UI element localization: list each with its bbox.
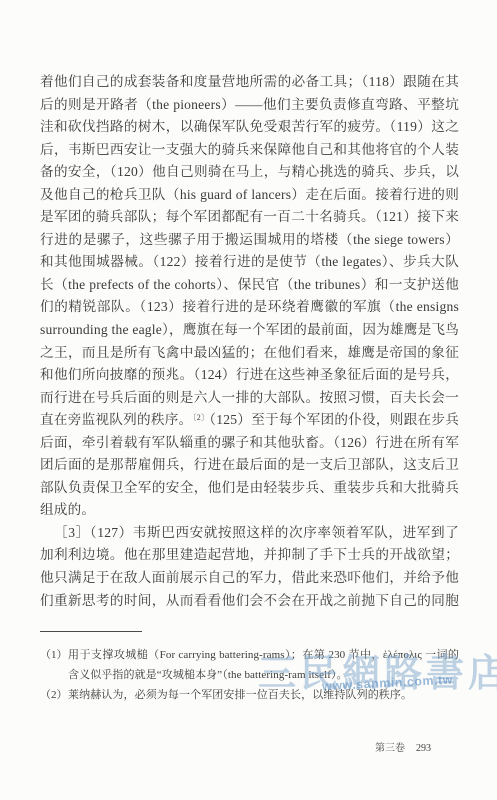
text-line: 洼和砍伐挡路的树木，以确保军队免受艰苦行军的疲劳。（119）这之 — [40, 116, 459, 139]
text-line: ［3］（127）韦斯巴西安就按照这样的次序率领着军队，进军到了 — [40, 522, 459, 545]
text-line: 组成的。 — [40, 499, 459, 522]
text-line: 而行进在号兵后面的则是六人一排的大部队。按照习惯，百夫长会一 — [40, 387, 459, 410]
page-footer: 第三卷293 — [375, 739, 431, 754]
volume-label: 第三卷 — [375, 743, 405, 754]
text-line: surrounding the eagle），鹰旗在每一个军团的最前面，因为雄鹰… — [40, 319, 459, 342]
text-line: 们的精锐部队。（123）接着行进的是环绕着鹰徽的军旗（the ensigns — [40, 296, 459, 319]
footnotes: （1）用于支撑攻城槌（For carrying battering-rams）；… — [40, 645, 459, 705]
text-line: 后面，牵引着载有军队辎重的骡子和其他驮畜。（126）行进在所有军 — [40, 432, 459, 455]
text-line: 行进的是骡子，这些骡子用于搬运围城用的塔楼（the siege towers）〔… — [40, 229, 459, 252]
footnote-ref: 〔2〕 — [192, 413, 209, 422]
footnote-line: 用于支撑攻城槌（For carrying battering-rams）；在第 … — [68, 645, 459, 665]
text-line: 后，韦斯巴西安让一支强大的骑兵来保障他自己和其他将官的个人装 — [40, 139, 459, 162]
footnote-divider — [40, 631, 142, 632]
footnote: （2）莱纳赫认为，必须为每一个军团安排一位百夫长，以维持队列的秩序。 — [40, 685, 459, 705]
footnote-line: 含义似乎指的就是“攻城槌本身”（the battering-ram itself… — [68, 665, 459, 685]
body-text: 着他们自己的成套装备和度量营地所需的必备工具；（118）跟随在其后的则是开路者（… — [40, 71, 459, 612]
footnote: （1）用于支撑攻城槌（For carrying battering-rams）；… — [40, 645, 459, 685]
text-line: 部队负责保卫全军的安全，他们是由轻装步兵、重装步兵和大批骑兵 — [40, 477, 459, 500]
text-line: 着他们自己的成套装备和度量营地所需的必备工具；（118）跟随在其 — [40, 71, 459, 94]
text-line: 长（the prefects of the cohorts）、保民官（the t… — [40, 274, 459, 297]
text-line: 备的安全，（120）他自己则骑在马上，与精心挑选的骑兵、步兵，以 — [40, 161, 459, 184]
text-line: 之王，而且是所有飞禽中最凶猛的；在他们看来，雄鹰是帝国的象征 — [40, 342, 459, 365]
text-line: 和其他围城器械。（122）接着行进的是使节（the legates）、步兵大队 — [40, 251, 459, 274]
text-line: 加利利边境。他在那里建造起营地，并抑制了手下士兵的开战欲望； — [40, 544, 459, 567]
text-line: 们重新思考的时间，从而看看他们会不会在开战之前抛下自己的同胞 — [40, 590, 459, 613]
footnote-marker: （1） — [40, 645, 68, 685]
text-line: 直在旁监视队列的秩序。〔2〕（125）至于每个军团的仆役，则跟在步兵 — [40, 409, 459, 432]
footnote-marker: （2） — [40, 685, 68, 705]
text-line: 后的则是开路者（the pioneers）——他们主要负责修直弯路、平整坑 — [40, 94, 459, 117]
footnote-text: 莱纳赫认为，必须为每一个军团安排一位百夫长，以维持队列的秩序。 — [68, 685, 459, 705]
page-number: 293 — [416, 743, 431, 754]
book-page: 着他们自己的成套装备和度量营地所需的必备工具；（118）跟随在其后的则是开路者（… — [0, 0, 497, 800]
text-line: 他只满足于在敌人面前展示自己的军力，借此来恐吓他们，并给予他 — [40, 567, 459, 590]
footnote-line: 莱纳赫认为，必须为每一个军团安排一位百夫长，以维持队列的秩序。 — [68, 685, 459, 705]
text-line: 团后面的是那帮雇佣兵，行进在最后面的是一支后卫部队，这支后卫 — [40, 454, 459, 477]
text-line: 是军团的骑兵部队；每个军团都配有一百二十名骑兵。（121）接下来 — [40, 206, 459, 229]
footnote-text: 用于支撑攻城槌（For carrying battering-rams）；在第 … — [68, 645, 459, 685]
text-line: 及他自己的枪兵卫队（his guard of lancers）走在后面。接着行进… — [40, 184, 459, 207]
text-line: 和他们所向披靡的预兆。（124）行进在这些神圣象征后面的是号兵， — [40, 364, 459, 387]
